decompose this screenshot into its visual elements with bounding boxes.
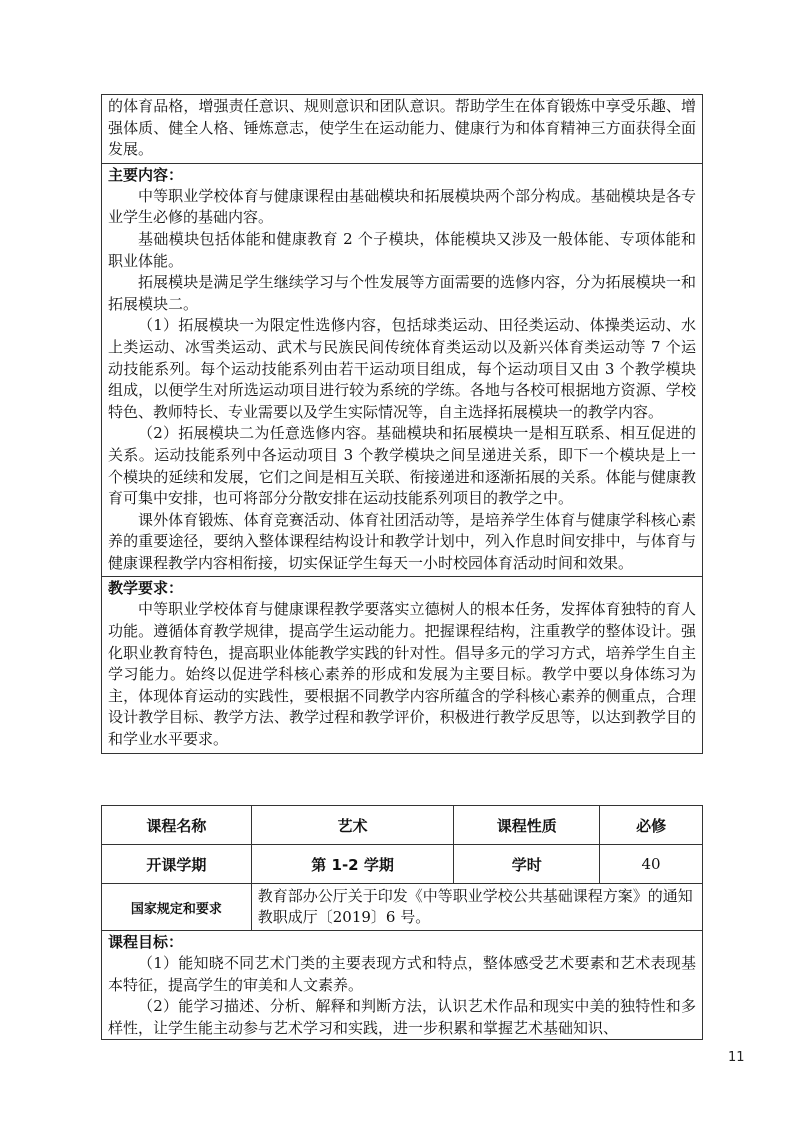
main-content-paragraph: 基础模块包括体能和健康教育 2 个子模块，体能模块又涉及一般体能、专项体能和职业… [108,229,696,272]
main-content-paragraph: （1）拓展模块一为限定性选修内容，包括球类运动、田径类运动、体操类运动、水上类运… [108,315,696,423]
course-goals-cell: 课程目标： （1）能知晓不同艺术门类的主要表现方式和特点，整体感受艺术要素和艺术… [102,931,703,1040]
pe-course-details-box: 的体育品格，增强责任意识、规则意识和团队意识。帮助学生在体育锻炼中享受乐趣、增强… [101,94,703,754]
art-course-table: 课程名称 艺术 课程性质 必修 开课学期 第 1-2 学期 学时 40 国家规定… [101,805,703,1040]
course-goal-item: （1）能知晓不同艺术门类的主要表现方式和特点，整体感受艺术要素和艺术表现基本特征… [108,953,696,996]
teaching-requirements-heading: 教学要求： [108,578,696,599]
course-name-label: 课程名称 [102,806,252,845]
course-name-value: 艺术 [251,806,454,845]
main-content-paragraph: （2）拓展模块二为任意选修内容。基础模块和拓展模块一是相互联系、相互促进的关系。… [108,423,696,509]
main-content-heading: 主要内容： [108,165,696,186]
main-content-section: 主要内容： 中等职业学校体育与健康课程由基础模块和拓展模块两个部分构成。基础模块… [102,163,702,577]
page-number: 11 [728,1050,745,1065]
main-content-paragraph: 中等职业学校体育与健康课程由基础模块和拓展模块两个部分构成。基础模块是各专业学生… [108,186,696,229]
hours-value: 40 [600,845,703,884]
regulation-value: 教育部办公厅关于印发《中等职业学校公共基础课程方案》的通知 教职成厅〔2019〕… [251,884,702,931]
continuation-text: 的体育品格，增强责任意识、规则意识和团队意识。帮助学生在体育锻炼中享受乐趣、增强… [108,96,696,161]
table-row: 课程名称 艺术 课程性质 必修 [102,806,703,845]
hours-label: 学时 [454,845,600,884]
regulation-label: 国家规定和要求 [102,884,252,931]
teaching-requirements-paragraph: 中等职业学校体育与健康课程教学要落实立德树人的根本任务，发挥体育独特的育人功能。… [108,599,696,750]
course-goals-heading: 课程目标： [108,932,696,953]
table-row: 国家规定和要求 教育部办公厅关于印发《中等职业学校公共基础课程方案》的通知 教职… [102,884,703,931]
main-content-paragraph: 拓展模块是满足学生继续学习与个性发展等方面需要的选修内容，分为拓展模块一和拓展模… [108,272,696,315]
table-row: 课程目标： （1）能知晓不同艺术门类的主要表现方式和特点，整体感受艺术要素和艺术… [102,931,703,1040]
semester-label: 开课学期 [102,845,252,884]
course-type-value: 必修 [600,806,703,845]
course-type-label: 课程性质 [454,806,600,845]
teaching-requirements-section: 教学要求： 中等职业学校体育与健康课程教学要落实立德树人的根本任务，发挥体育独特… [102,576,702,752]
main-content-paragraph: 课外体育锻炼、体育竞赛活动、体育社团活动等，是培养学生体育与健康学科核心素养的重… [108,510,696,575]
course-goal-item: （2）能学习描述、分析、解释和判断方法，认识艺术作品和现实中美的独特性和多样性，… [108,996,696,1039]
semester-value: 第 1-2 学期 [251,845,454,884]
table-row: 开课学期 第 1-2 学期 学时 40 [102,845,703,884]
course-goals-continuation: 的体育品格，增强责任意识、规则意识和团队意识。帮助学生在体育锻炼中享受乐趣、增强… [102,95,702,163]
